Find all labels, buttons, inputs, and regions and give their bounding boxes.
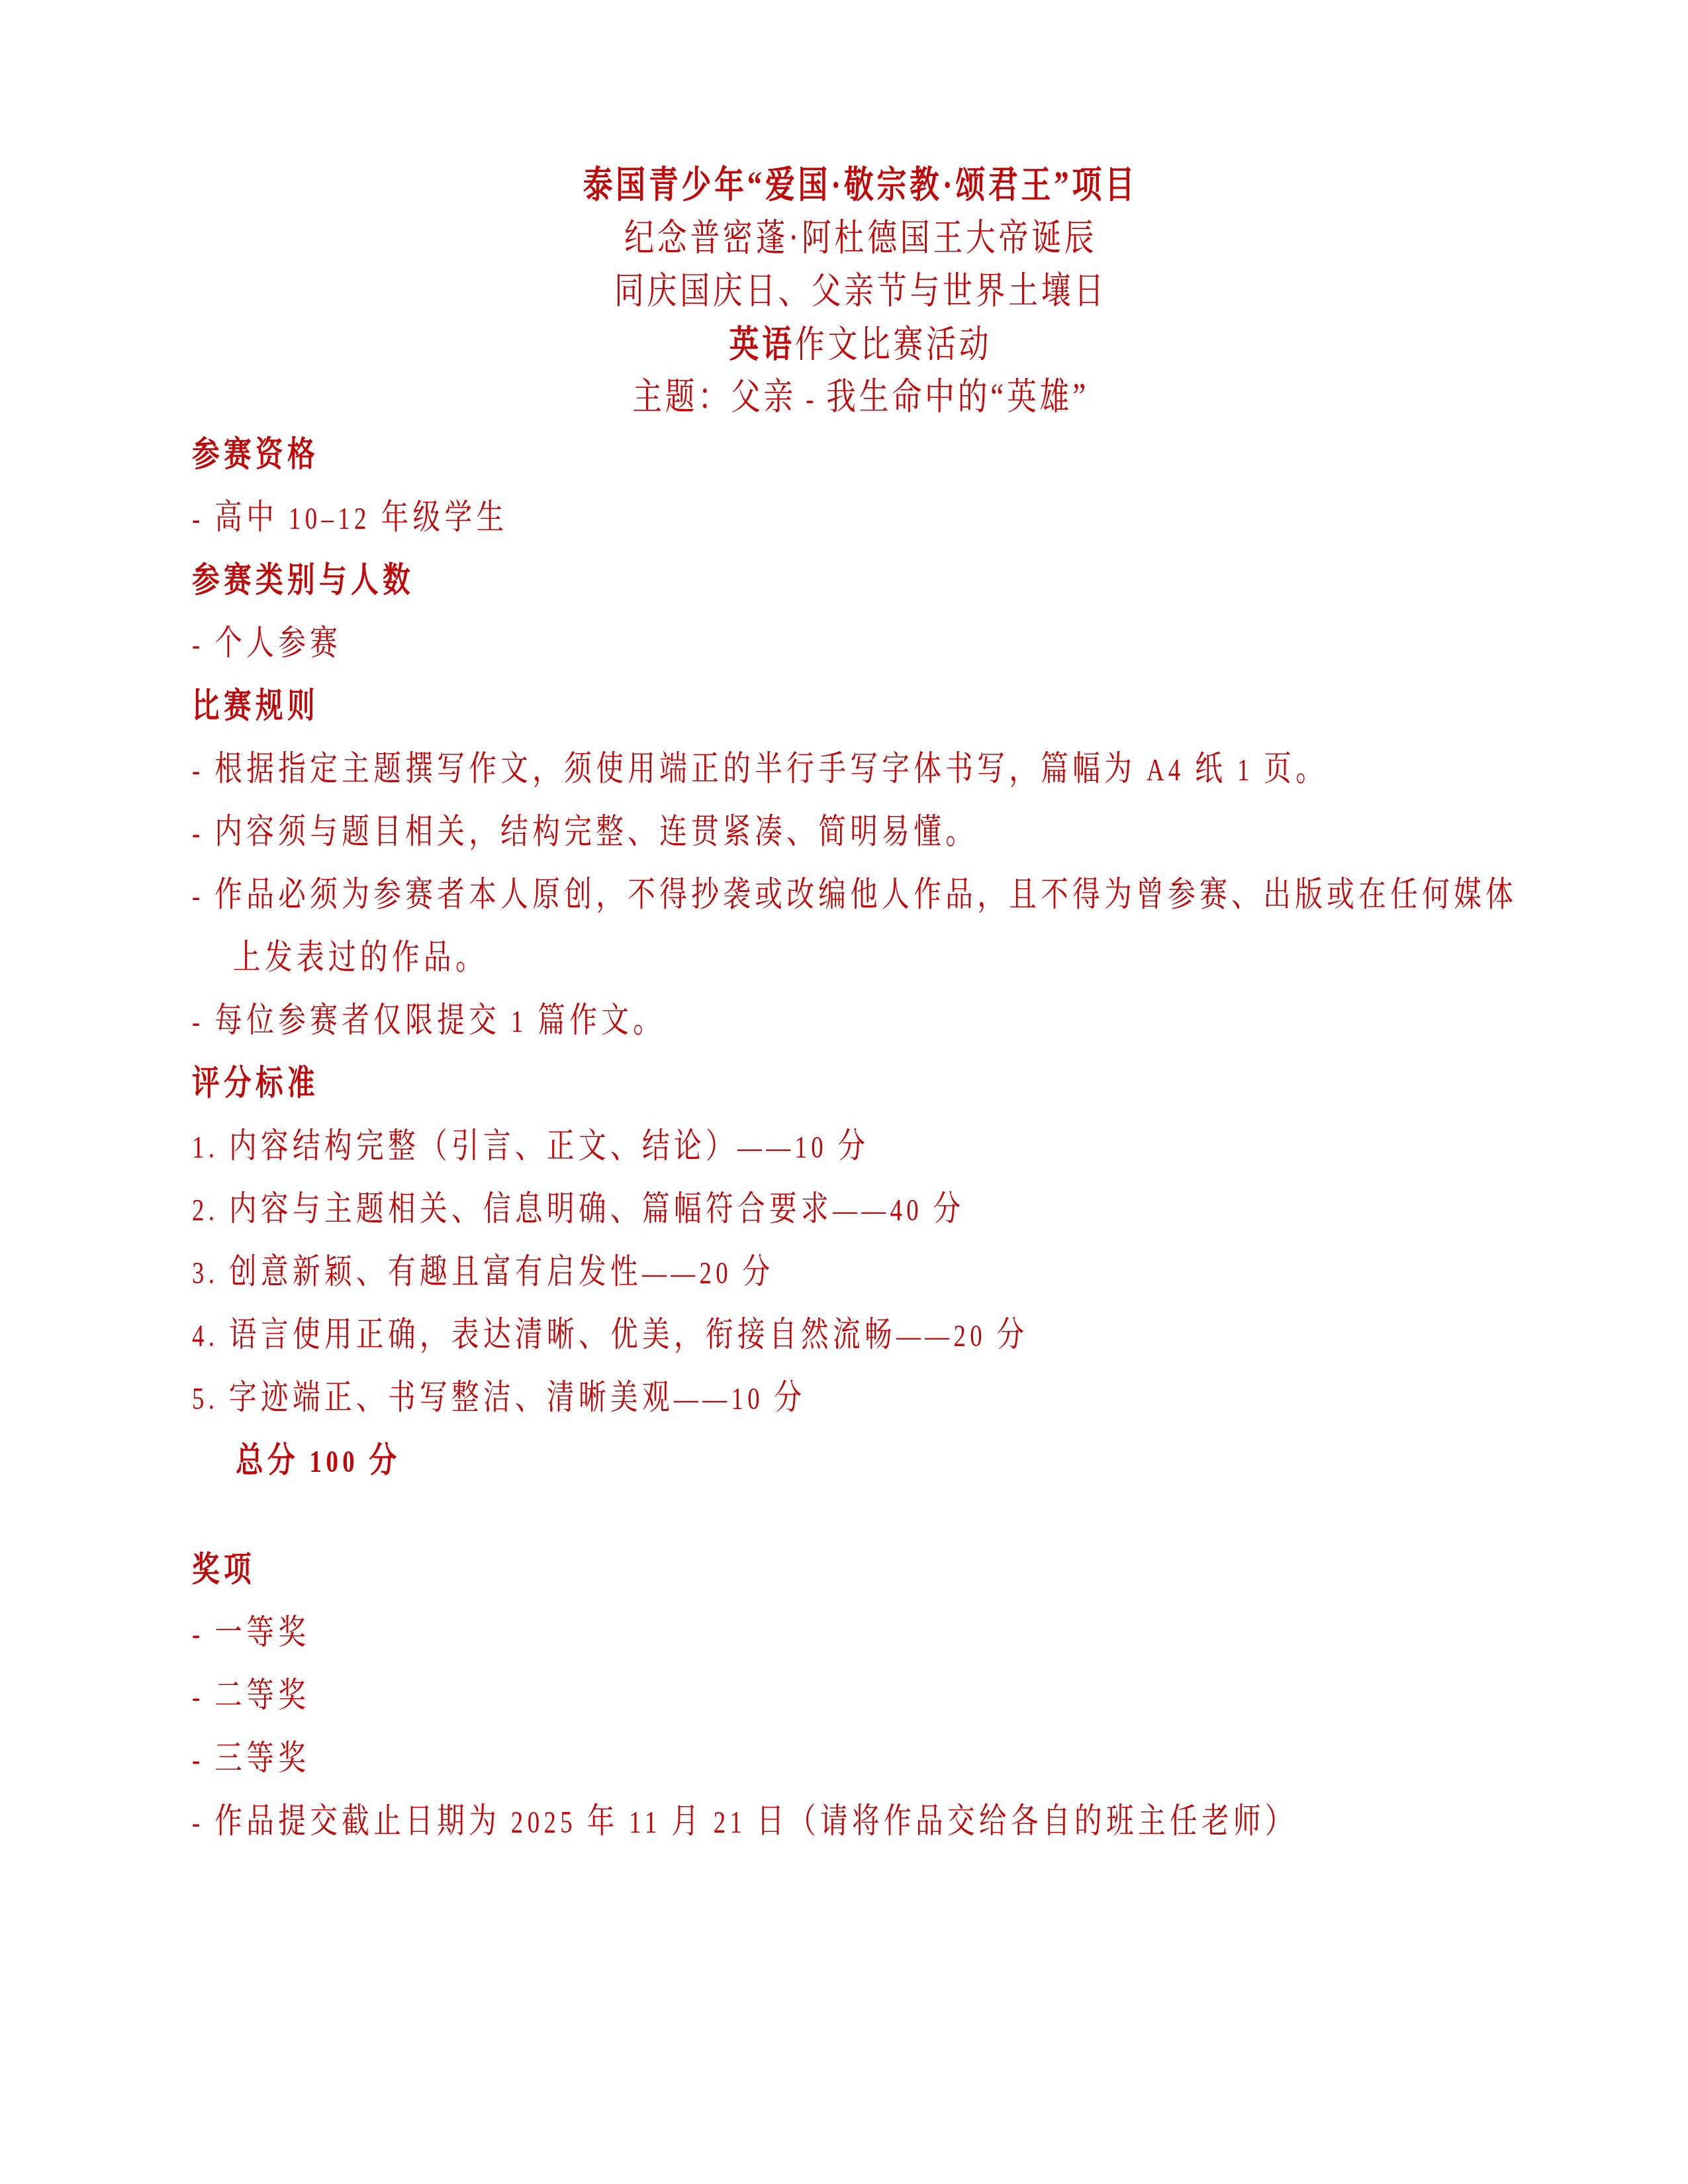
text-segment: 2. (192, 1193, 229, 1227)
bullet-deadline: - 作品提交截止日期为 2025 年 11 月 21 日（请将作品交给各自的班主… (192, 1790, 1529, 1853)
text-segment: 分 (838, 1128, 870, 1165)
text-segment: - (192, 1005, 214, 1038)
text-segment: - (192, 1617, 214, 1651)
text-segment: 参赛类别与人数 (192, 561, 414, 600)
line-content: 总分 100 分 (236, 1430, 401, 1493)
title-line-5: 主题：父亲 - 我生命中的“英雄” (192, 371, 1529, 424)
line-content: - 高中 10–12 年级学生 (192, 486, 508, 550)
text-segment: 5. (192, 1382, 229, 1416)
line-content: 纪念普密蓬·阿杜德国王大帝诞辰 (624, 212, 1097, 265)
title-line-4: 英语作文比赛活动 (192, 318, 1529, 371)
text-segment: 参赛资格 (192, 435, 319, 474)
text-segment: 个人参赛 (214, 625, 342, 662)
document-title: 泰国青少年“爱国·敬宗教·颂君王”项目纪念普密蓬·阿杜德国王大帝诞辰同庆国庆日、… (192, 159, 1529, 424)
heading-awards: 奖项 (192, 1539, 1529, 1602)
text-segment: - (192, 1680, 214, 1713)
continuation-rule-original: 上发表过的作品。 (192, 927, 1529, 989)
numbered-item-structure: 1. 内容结构完整（引言、正文、结论）——10 分 (192, 1115, 1529, 1178)
title-line-2: 纪念普密蓬·阿杜德国王大帝诞辰 (192, 212, 1529, 265)
heading-category: 参赛类别与人数 (192, 549, 1529, 612)
text-segment: ——20 (642, 1256, 743, 1290)
text-segment: 泰国青少年“爱国·敬宗教·颂君王”项目 (583, 165, 1138, 206)
line-content: - 根据指定主题撰写作文，须使用端正的半行手写字体书写，篇幅为 A4 纸 1 页… (192, 738, 1327, 801)
text-segment: 作文比赛活动 (795, 324, 992, 365)
line-content: - 个人参赛 (192, 612, 342, 676)
text-segment: 根据指定主题撰写作文，须使用端正的半行手写字体书写，篇幅为 (214, 751, 1136, 788)
bullet-rule-one-essay: - 每位参赛者仅限提交 1 篇作文。 (192, 989, 1529, 1052)
text-segment: 二等奖 (214, 1677, 310, 1715)
text-segment: 分 (933, 1191, 965, 1228)
text-segment: 纸 (1195, 751, 1227, 788)
line-content: - 作品提交截止日期为 2025 年 11 月 21 日（请将作品交给各自的班主… (192, 1790, 1297, 1854)
line-content: 参赛资格 (192, 424, 319, 486)
text-segment: ——10 (674, 1382, 774, 1416)
text-segment: 评分标准 (192, 1064, 319, 1103)
line-content: 参赛类别与人数 (192, 549, 414, 612)
line-content: 主题：父亲 - 我生命中的“英雄” (632, 371, 1089, 426)
heading-rules: 比赛规则 (192, 675, 1529, 738)
text-segment: A4 (1136, 753, 1195, 787)
total-score-line: 总分 100 分 (192, 1430, 1529, 1492)
text-segment: 分 (743, 1253, 774, 1291)
text-segment: 月 (671, 1803, 703, 1841)
text-segment: 11 (619, 1805, 671, 1839)
line-content: 4. 语言使用正确，表达清晰、优美，衔接自然流畅——20 分 (192, 1304, 1029, 1367)
line-content: 评分标准 (192, 1052, 319, 1115)
bullet-rule-original: - 作品必须为参赛者本人原创，不得抄袭或改编他人作品，且不得为曾参赛、出版或在任… (192, 864, 1529, 927)
text-segment: 主题：父亲 (632, 377, 796, 418)
line-content: 上发表过的作品。 (233, 927, 487, 989)
text-segment: 分 (997, 1316, 1029, 1354)
text-segment: 日（请将作品交给各自的班主任老师） (757, 1803, 1297, 1841)
text-segment: - (192, 753, 214, 787)
document-page: 泰国青少年“爱国·敬宗教·颂君王”项目纪念普密蓬·阿杜德国王大帝诞辰同庆国庆日、… (0, 0, 1688, 2184)
line-content: 3. 创意新颖、有趣且富有启发性——20 分 (192, 1241, 774, 1304)
text-segment: 4. (192, 1319, 229, 1353)
text-segment: 1 (500, 1005, 538, 1038)
text-segment: 内容结构完整（引言、正文、结论） (229, 1128, 737, 1165)
line-content: 5. 字迹端正、书写整洁、清晰美观——10 分 (192, 1367, 806, 1430)
text-segment: 同庆国庆日、父亲节与世界土壤日 (614, 271, 1107, 312)
text-segment: - (796, 382, 826, 416)
text-segment: 年 (587, 1803, 619, 1841)
text-segment: 页。 (1264, 751, 1327, 788)
text-segment: 100 (299, 1445, 369, 1479)
text-segment: 上发表过的作品。 (233, 939, 487, 977)
text-segment: 纪念普密蓬·阿杜德国王大帝诞辰 (624, 218, 1097, 259)
bullet-rule-topic: - 根据指定主题撰写作文，须使用端正的半行手写字体书写，篇幅为 A4 纸 1 页… (192, 738, 1529, 801)
line-content: - 作品必须为参赛者本人原创，不得抄袭或改编他人作品，且不得为曾参赛、出版或在任… (192, 864, 1517, 927)
text-segment: 作品提交截止日期为 (214, 1803, 500, 1841)
line-content: 同庆国庆日、父亲节与世界土壤日 (614, 265, 1107, 318)
numbered-item-handwriting: 5. 字迹端正、书写整洁、清晰美观——10 分 (192, 1367, 1529, 1430)
text-segment: ——10 (737, 1130, 838, 1164)
text-segment: 内容与主题相关、信息明确、篇幅符合要求 (229, 1191, 833, 1228)
text-segment: 英语 (729, 323, 795, 365)
text-segment: 1. (192, 1130, 229, 1164)
line-content: 2. 内容与主题相关、信息明确、篇幅符合要求——40 分 (192, 1178, 965, 1242)
text-segment: 2025 (500, 1805, 586, 1839)
text-segment: 奖项 (192, 1551, 256, 1589)
bullet-grade-levels: - 高中 10–12 年级学生 (192, 486, 1529, 549)
bullet-rule-relevance: - 内容须与题目相关，结构完整、连贯紧凑、简明易懂。 (192, 801, 1529, 864)
text-segment: - (192, 1805, 214, 1839)
text-segment: 内容须与题目相关，结构完整、连贯紧凑、简明易懂。 (214, 813, 977, 851)
text-segment: 年级学生 (381, 499, 508, 537)
text-segment: 比赛规则 (192, 687, 319, 725)
bullet-individual-entry: - 个人参赛 (192, 612, 1529, 675)
line-content: 1. 内容结构完整（引言、正文、结论）——10 分 (192, 1115, 870, 1179)
text-segment: 高中 (214, 499, 278, 537)
text-segment: 我生命中的“英雄” (826, 377, 1089, 418)
numbered-item-language: 4. 语言使用正确，表达清晰、优美，衔接自然流畅——20 分 (192, 1304, 1529, 1367)
document-body: 参赛资格- 高中 10–12 年级学生参赛类别与人数- 个人参赛比赛规则- 根据… (192, 424, 1529, 1853)
line-content: - 每位参赛者仅限提交 1 篇作文。 (192, 989, 665, 1053)
heading-scoring: 评分标准 (192, 1052, 1529, 1115)
line-content: - 一等奖 (192, 1602, 310, 1665)
text-segment: 每位参赛者仅限提交 (214, 1002, 500, 1040)
text-segment: 篇作文。 (538, 1002, 665, 1040)
numbered-item-creativity: 3. 创意新颖、有趣且富有启发性——20 分 (192, 1241, 1529, 1304)
line-content: 比赛规则 (192, 675, 319, 738)
title-line-1: 泰国青少年“爱国·敬宗教·颂君王”项目 (192, 159, 1529, 212)
line-content: - 内容须与题目相关，结构完整、连贯紧凑、简明易懂。 (192, 801, 977, 864)
bullet-second-prize: - 二等奖 (192, 1664, 1529, 1727)
text-segment: 21 (703, 1805, 757, 1839)
text-segment: 作品必须为参赛者本人原创，不得抄袭或改编他人作品，且不得为曾参赛、出版或在任何媒… (214, 876, 1517, 914)
text-segment: 10–12 (278, 502, 381, 535)
text-segment: 分 (369, 1441, 401, 1480)
bullet-third-prize: - 三等奖 (192, 1727, 1529, 1790)
line-content: 泰国青少年“爱国·敬宗教·颂君王”项目 (583, 159, 1138, 212)
text-segment: - (192, 1743, 214, 1776)
text-segment: 创意新颖、有趣且富有启发性 (229, 1253, 642, 1291)
line-content: - 三等奖 (192, 1727, 310, 1791)
text-segment: 分 (774, 1379, 806, 1417)
text-segment: 语言使用正确，表达清晰、优美，衔接自然流畅 (229, 1316, 896, 1354)
text-segment: 总分 (236, 1441, 299, 1480)
line-content: 英语作文比赛活动 (729, 318, 992, 371)
text-segment: - (192, 627, 214, 661)
text-segment: 字迹端正、书写整洁、清晰美观 (229, 1379, 674, 1417)
line-content: - 二等奖 (192, 1664, 310, 1728)
text-segment: 一等奖 (214, 1614, 310, 1652)
text-segment: - (192, 502, 214, 535)
line-content: 奖项 (192, 1539, 256, 1602)
text-segment: 1 (1227, 753, 1264, 787)
text-segment: 三等奖 (214, 1740, 310, 1778)
title-line-3: 同庆国庆日、父亲节与世界土壤日 (192, 265, 1529, 318)
text-segment: ——40 (833, 1193, 933, 1227)
text-segment: - (192, 879, 214, 913)
text-segment: 3. (192, 1256, 229, 1290)
blank-spacer (192, 1492, 1529, 1539)
numbered-item-relevance: 2. 内容与主题相关、信息明确、篇幅符合要求——40 分 (192, 1178, 1529, 1241)
bullet-first-prize: - 一等奖 (192, 1602, 1529, 1664)
text-segment: ——20 (896, 1319, 997, 1353)
text-segment: - (192, 816, 214, 850)
heading-eligibility: 参赛资格 (192, 424, 1529, 486)
